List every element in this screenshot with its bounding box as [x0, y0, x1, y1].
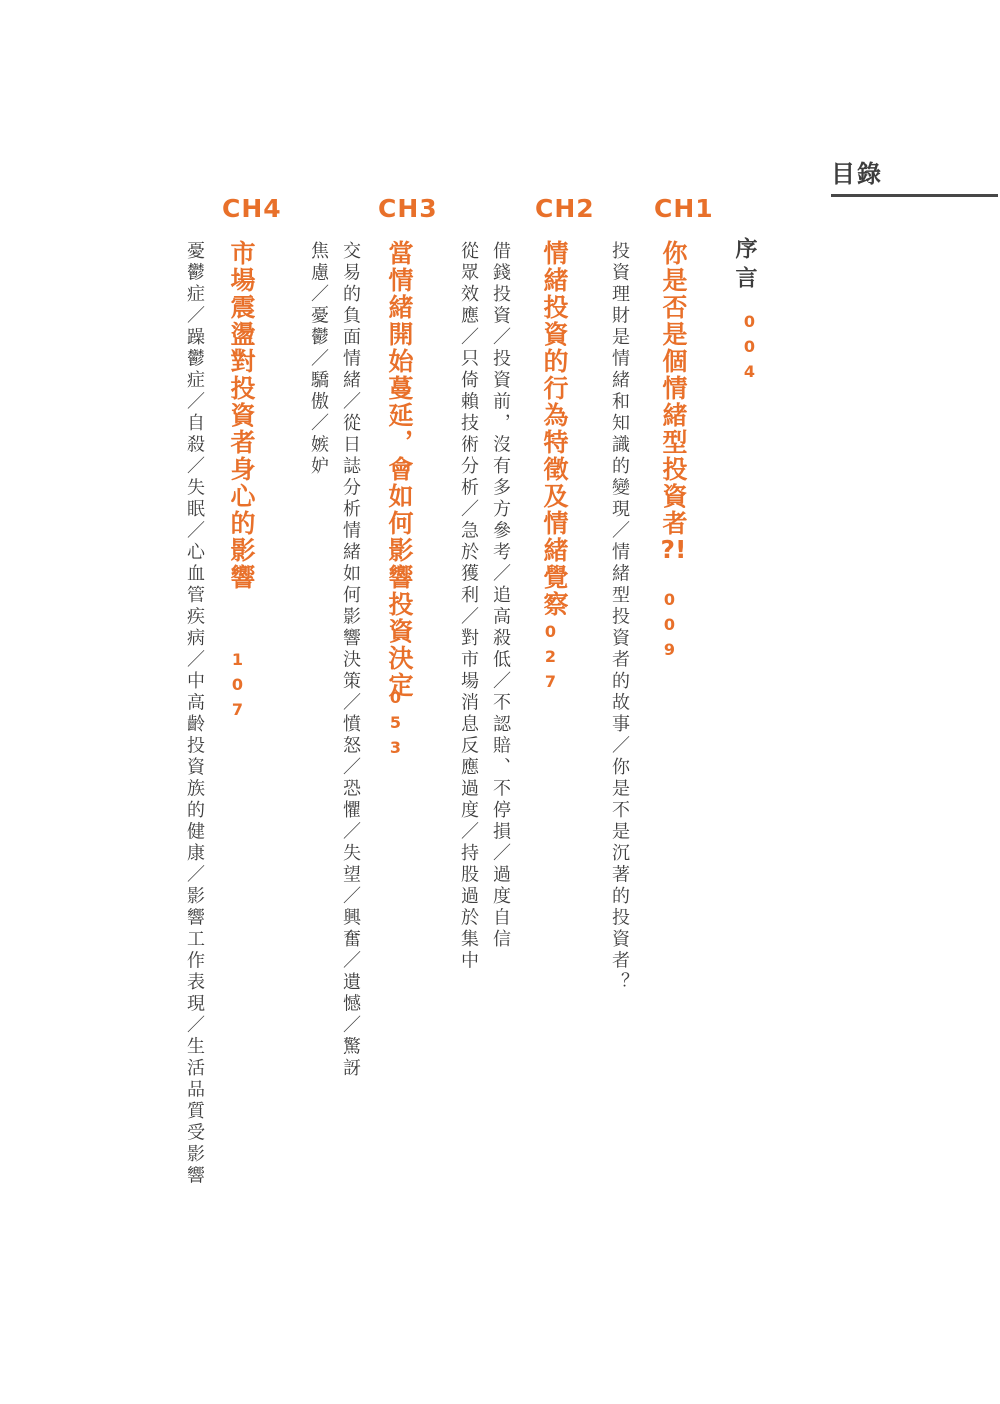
chapter-4-topics: 憂鬱症／躁鬱症／自殺／失眠／心血管疾病／中高齡投資族的健康／影響工作表現／生活品…: [185, 241, 203, 1187]
chapter-1-title-punct: ?!: [659, 537, 688, 562]
chapter-2-page-number: 027: [542, 622, 558, 697]
chapter-1-title: 你是否是個情緒型投資者?!: [661, 240, 686, 562]
chapter-1-topics: 投資理財是情緒和知識的變現／情緒型投資者的故事／你是不是沉著的投資者？: [610, 241, 628, 994]
chapter-2-topics-1: 借錢投資／投資前，沒有多方參考／追高殺低／不認賠、不停損／過度自信: [491, 241, 509, 951]
chapter-4-title-text: 市場震盪對投資者身心的影響: [227, 240, 256, 591]
toc-heading-label: 目錄: [831, 160, 883, 188]
chapter-4-heading: CH4: [222, 196, 282, 221]
chapter-3-topics-2: 焦慮／憂鬱／驕傲／嫉妒: [309, 241, 327, 478]
chapter-3-topics-1: 交易的負面情緒／從日誌分析情緒如何影響決策／憤怒／恐懼／失望／興奮／遺憾／驚訝: [341, 241, 359, 1080]
chapter-3-title-text: 當情緒開始蔓延，會如何影響投資決定: [385, 240, 414, 699]
chapter-2-title-text: 情緒投資的行為特徵及情緒覺察: [540, 240, 569, 618]
toc-page: 目錄 序言 004 CH1 你是否是個情緒型投資者?! 009 投資理財是情緒和…: [0, 0, 1000, 1404]
chapter-2-heading: CH2: [535, 196, 595, 221]
chapter-1-title-text: 你是否是個情緒型投資者: [659, 240, 688, 537]
chapter-1-heading: CH1: [654, 196, 714, 221]
preface-page-number: 004: [741, 312, 757, 387]
chapter-2-title: 情緒投資的行為特徵及情緒覺察: [542, 240, 567, 618]
chapter-4-title: 市場震盪對投資者身心的影響: [229, 240, 254, 591]
toc-heading: 目錄: [831, 161, 998, 197]
chapter-3-heading: CH3: [378, 196, 438, 221]
chapter-4-page-number: 107: [229, 650, 245, 725]
chapter-1-page-number: 009: [661, 590, 677, 665]
preface-label: 序言: [733, 237, 755, 295]
chapter-3-title: 當情緒開始蔓延，會如何影響投資決定: [387, 240, 412, 699]
chapter-2-topics-2: 從眾效應／只倚賴技術分析／急於獲利／對市場消息反應過度／持股過於集中: [459, 241, 477, 972]
chapter-3-page-number: 053: [387, 688, 403, 763]
